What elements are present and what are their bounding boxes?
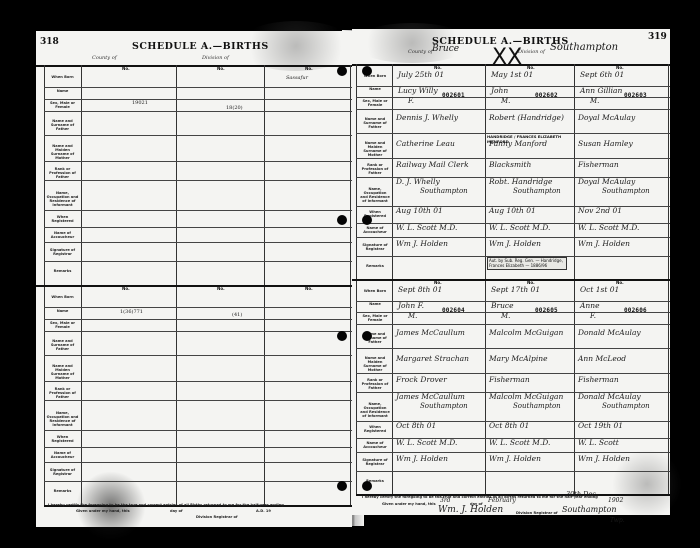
row-rule [44,180,352,181]
row-label: Name [360,302,390,306]
row-rule [356,324,670,325]
registration-number: 002601 [442,92,465,99]
entry-mother: Margaret Strachan [396,354,469,363]
entry-mother: Mary McAlpine [489,354,548,363]
entry-name: Ann Gillian [580,86,622,95]
entry-rank: Fisherman [578,160,619,169]
row-rule [356,109,670,110]
row-label: Sex, Male or Female [360,99,390,107]
entry-registrar: Wm J. Holden [489,239,541,248]
county-label: County of [92,55,117,61]
faint-number: 19021 [132,100,148,106]
row-label: Name and Maiden Surname of Mother [360,356,390,372]
row-rule [44,135,352,136]
footer-division: Southampton [562,505,616,514]
remarks-correction-stamp: Aut. by Sub. Reg. Gen. — Handridge, Fran… [487,257,567,270]
binding-hole [362,481,372,491]
row-rule [44,381,352,382]
row-label: When Born [46,75,79,79]
row-label: Name, Occupation and Residence of Inform… [46,191,79,207]
row-rule [356,471,670,472]
entry-informant-residence: Southampton [602,187,650,195]
entry-informant: Donald McAulay [578,392,641,401]
row-label: Name of Accoucheur [360,226,390,234]
registrar-signature: Wm. J. Holden [438,505,503,515]
row-label: Remarks [46,489,79,493]
binding-hole [337,66,347,76]
entry-informant: Doyal McAulay [578,177,635,186]
certification-text: I hereby certify the foregoing to be the… [48,503,284,507]
row-rule [44,481,352,482]
footer-year: 1902 [608,497,623,504]
row-rule [36,285,352,287]
entry-when-born: July 25th 01 [398,70,444,79]
entry-registrar: Wm J. Holden [396,239,448,248]
entry-father: Robert (Handridge) [489,113,564,122]
binding-hole [362,66,372,76]
page-number: 319 [648,32,667,42]
row-label: Name and Maiden Surname of Mother [46,144,79,160]
row-label: Signature of Registrar [360,243,390,251]
given-under-hand: Given under my hand, this [76,509,130,513]
entry-informant: Malcolm McGuigan [489,392,563,401]
binding-hole [337,331,347,341]
entry-father: Doyal McAulay [578,113,635,122]
row-rule [44,111,352,112]
row-rule [44,430,352,431]
page-number: 318 [40,37,59,47]
row-label: Name of Accoucheur [360,441,390,449]
row-label: Name, Occupation and Residence of Inform… [46,411,79,427]
binding-hole [362,215,372,225]
row-label: Name, Occupation and Residence of Inform… [360,187,390,203]
entry-name: Anne [580,301,600,310]
entry-rank: Fisherman [489,375,530,384]
row-label: When Registered [46,435,79,443]
row-rule [352,279,670,281]
entry-sex: M. [501,97,510,105]
half-year-ending: 30th Dec [566,490,596,498]
entry-rank: Frock Drover [396,375,447,384]
row-rule [44,242,352,243]
row-label: When Registered [46,215,79,223]
entry-informant-residence: Southampton [513,187,561,195]
row-rule [44,331,352,332]
right-register-page: 319 SCHEDULE A.—BIRTHS County of Bruce D… [352,29,670,515]
row-label: Remarks [46,269,79,273]
row-label: Name and Surname of Father [360,117,390,129]
entry-informant-residence: Southampton [420,187,468,195]
row-rule [44,99,352,100]
entry-informant: D. J. Whelly [396,177,440,186]
entry-name: John [491,86,508,95]
footer-township: Twp. [610,517,625,524]
entry-accoucheur: W. L. Scott M.D. [578,223,639,232]
entry-rank: Railway Mail Clerk [396,160,469,169]
entry-rank: Fisherman [578,375,619,384]
row-rule [44,355,352,356]
entry-mother: Susan Hamley [578,139,633,148]
row-label: Name of Accoucheur [46,451,79,459]
county-label: County of [408,49,433,55]
entry-registrar: Wm J. Holden [396,454,448,463]
row-label: Sex, Male or Female [46,321,79,329]
row-label: Name [46,89,79,93]
ad-year-label: A.D. 19 [256,509,271,513]
entry-informant-residence: Southampton [420,402,468,410]
schedule-title: SCHEDULE A.—BIRTHS [132,41,269,52]
row-rule [44,227,352,228]
registration-number: 002606 [624,307,647,314]
entry-father: Dennis J. Whelly [396,113,458,122]
row-rule [44,400,352,401]
column-number-label: No. [217,66,225,71]
row-label: Sex, Male or Female [46,101,79,109]
entry-when-registered: Nov 2nd 01 [578,206,622,215]
entry-accoucheur: W. L. Scott M.D. [396,223,457,232]
faint-number: Sassafur [286,75,308,81]
row-rule [356,373,670,374]
entry-when-registered: Oct 8th 01 [396,421,436,430]
entry-when-registered: Oct 19th 01 [578,421,623,430]
row-rule [44,447,352,448]
given-under-hand: Given under my hand, this [382,502,436,506]
row-label: Remarks [360,264,390,268]
registration-number: 002605 [535,307,558,314]
entry-father: Donald McAulay [578,328,641,337]
entry-mother: Ann McLeod [578,354,626,363]
row-rule [44,261,352,262]
registration-number: 002603 [624,92,647,99]
row-label: Name [46,309,79,313]
entry-informant-residence: Southampton [513,402,561,410]
entry-name: John F. [398,301,424,310]
entry-father: Malcolm McGuigan [489,328,563,337]
row-rule [44,462,352,463]
row-rule [44,161,352,162]
entry-when-born: Oct 1st 01 [580,285,619,294]
entry-father: James McCaullum [396,328,465,337]
row-label: Rank or Profession of Father [46,167,79,179]
row-label: Signature of Registrar [360,458,390,466]
row-label: Name of Accoucheur [46,231,79,239]
entry-sex: M. [590,97,599,105]
row-rule [356,97,670,98]
division-registrar-label: Division Registrar of [196,515,238,519]
faint-number: 18(20) [226,105,243,111]
row-label: When Registered [360,425,390,433]
row-rule [356,312,670,313]
entry-when-registered: Aug 10th 01 [396,206,443,215]
entry-when-born: Sept 17th 01 [491,285,540,294]
entry-when-born: May 1st 01 [491,70,533,79]
entry-name: Lucy Willy [398,86,438,95]
row-rule [44,319,352,320]
registration-number: 002604 [442,307,465,314]
entry-accoucheur: W. L. Scott M.D. [489,438,550,447]
row-label: Name and Maiden Surname of Mother [360,141,390,157]
entry-when-born: Sept 8th 01 [398,285,442,294]
entry-registrar: Wm J. Holden [578,239,630,248]
left-register-grid: No.No.No.When BornNameSex, Male or Femal… [36,65,352,505]
row-label: Name and Maiden Surname of Mother [46,364,79,380]
row-label: Name, Occupation and Residence of Inform… [360,402,390,418]
faint-number: 1(36)771 [120,309,143,315]
mother-name-annotation: HANDRIDGE / FRANCES ELIZABETH MANFORD [487,134,567,144]
division-label: Division of [202,55,229,61]
row-rule [44,210,352,211]
row-rule [356,237,670,238]
footer-month: February [488,497,516,504]
right-register-grid: No.No.No.When BornNameSex, Male or Femal… [352,64,670,494]
row-label: Rank or Profession of Father [360,163,390,175]
entry-rank: Blacksmith [489,160,531,169]
binding-hole [337,481,347,491]
row-rule [356,158,670,159]
row-label: Rank or Profession of Father [46,387,79,399]
entry-name: Bruce [491,301,514,310]
row-label: Name and Surname of Father [46,119,79,131]
entry-accoucheur: W. L. Scott M.D. [396,438,457,447]
division-value: Southampton [550,42,618,53]
entry-when-registered: Aug 10th 01 [489,206,536,215]
entry-registrar: Wm J. Holden [489,454,541,463]
day-of-label: day of [170,509,183,513]
row-label: When Born [46,295,79,299]
entry-when-registered: Oct 8th 01 [489,421,529,430]
entry-sex: F. [408,97,414,105]
entry-informant-residence: Southampton [602,402,650,410]
county-value: Bruce [432,44,459,54]
row-rule [356,452,670,453]
row-label: Name [360,87,390,91]
row-rule [44,307,352,308]
row-label: Sex, Male or Female [360,314,390,322]
registration-number: 002602 [535,92,558,99]
entry-mother: Catherine Leau [396,139,455,148]
certification-text: I hereby certify the foregoing to be the… [362,495,598,499]
entry-informant: Robt. Handridge [489,177,552,186]
binding-hole [362,331,372,341]
column-number-label: No. [305,66,313,71]
row-label: Rank or Profession of Father [360,378,390,390]
row-label: Name and Surname of Father [46,339,79,351]
row-label: When Born [360,289,390,293]
column-number-label: No. [122,66,130,71]
row-label: Signature of Registrar [46,248,79,256]
entry-accoucheur: W. L. Scott [578,438,619,447]
faint-number: (41) [232,312,242,318]
row-rule [44,87,352,88]
division-registrar-label: Division Registrar of [516,511,558,515]
entry-accoucheur: W. L. Scott M.D. [489,223,550,232]
entry-informant: James McCaullum [396,392,465,401]
row-label: Signature of Registrar [46,468,79,476]
row-rule [356,348,670,349]
entry-registrar: Wm J. Holden [578,454,630,463]
entry-sex: M. [501,312,510,320]
entry-when-born: Sept 6th 01 [580,70,624,79]
entry-sex: F. [590,312,596,320]
left-register-page: 318 SCHEDULE A.—BIRTHS County of Divisio… [36,31,352,527]
footer-day: 3rd [440,497,451,504]
binding-hole [337,215,347,225]
entry-sex: M. [408,312,417,320]
